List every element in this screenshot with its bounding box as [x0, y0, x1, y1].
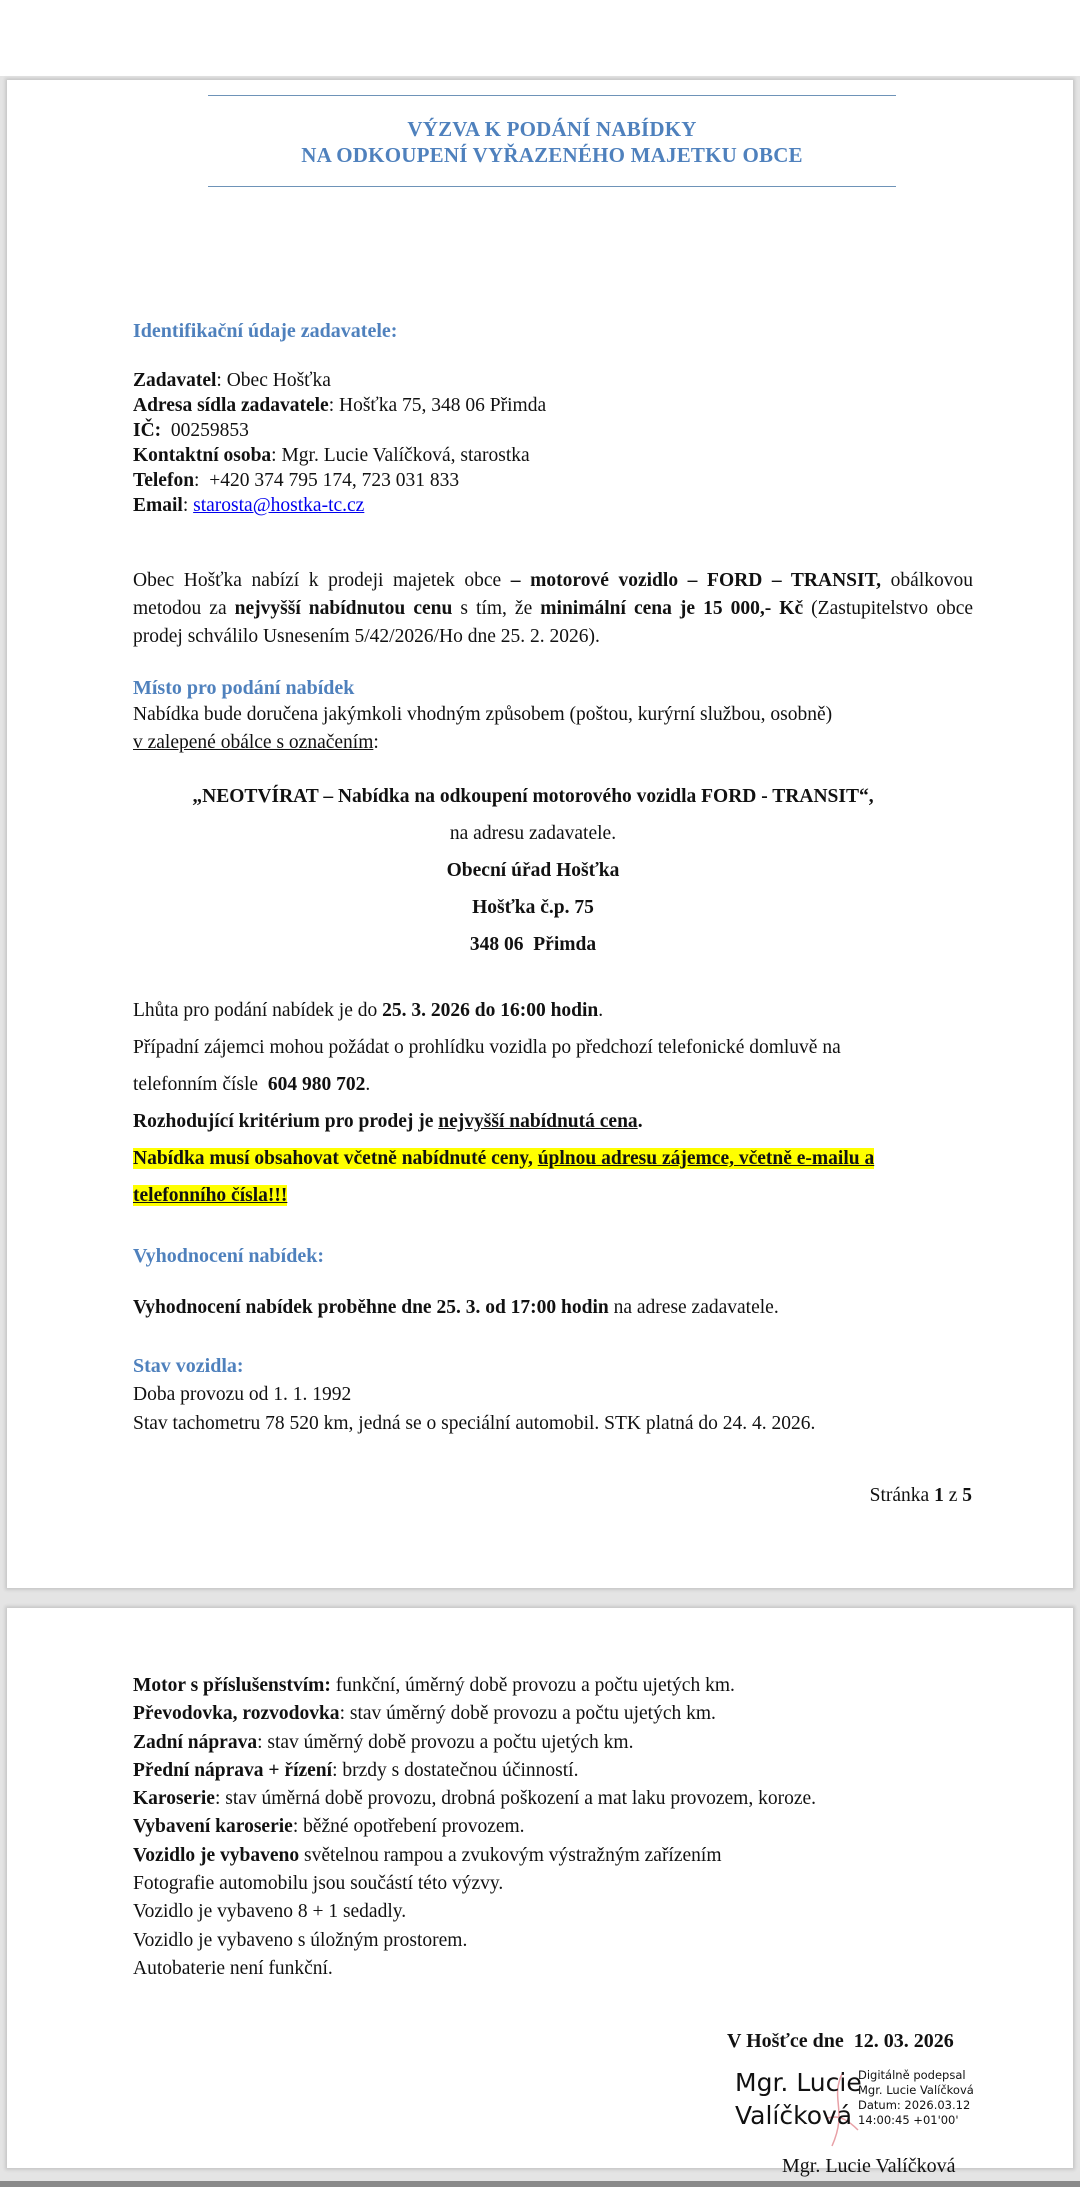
- address-line-1: Obecní úřad Hošťka: [0, 858, 1066, 883]
- field-adresa: Adresa sídla zadavatele: Hošťka 75, 348 …: [133, 393, 546, 418]
- field-email: Email: starosta@hostka-tc.cz: [133, 493, 546, 518]
- inspection-phone: 604 980 702: [268, 1074, 366, 1095]
- signature-details: Digitálně podepsal Mgr. Lucie Valíčková …: [858, 2068, 974, 2128]
- list-item: Přední náprava + řízení: brzdy s dostate…: [133, 1757, 816, 1785]
- criterion-text: Rozhodující kritérium pro prodej je nejv…: [133, 1109, 643, 1134]
- list-item: Vozidlo je vybaveno s úložným prostorem.: [133, 1927, 816, 1955]
- viewer-bottom-bar: [0, 2181, 1080, 2187]
- list-item: Vybavení karoserie: běžné opotřebení pro…: [133, 1813, 816, 1841]
- list-item: Autobaterie není funkční.: [133, 1955, 816, 1983]
- inspection-line-2: telefonním čísle 604 980 702.: [133, 1072, 370, 1097]
- field-kontaktni-osoba: Kontaktní osoba: Mgr. Lucie Valíčková, s…: [133, 443, 546, 468]
- vehicle-details-list: Motor s příslušenstvím: funkční, úměrný …: [133, 1672, 816, 1983]
- document-title-line-2: NA ODKOUPENÍ VYŘAZENÉHO MAJETKU OBCE: [208, 142, 896, 168]
- inspection-line-1: Případní zájemci mohou požádat o prohlíd…: [133, 1035, 841, 1060]
- identification-fields: Zadavatel: Obec Hošťka Adresa sídla zada…: [133, 368, 546, 518]
- address-line-2: Hošťka č.p. 75: [0, 895, 1066, 920]
- signature-name: Mgr. Lucie Valíčková: [735, 2066, 862, 2132]
- title-rule-top: [208, 95, 896, 96]
- vehicle-state-line-1: Doba provozu od 1. 1. 1992: [133, 1382, 351, 1407]
- list-item: Vozidlo je vybaveno 8 + 1 sedadly.: [133, 1898, 816, 1926]
- evaluation-heading: Vyhodnocení nabídek:: [133, 1245, 324, 1268]
- requirement-line-2: telefonního čísla!!!: [133, 1183, 287, 1208]
- document-title-block: VÝZVA K PODÁNÍ NABÍDKY NA ODKOUPENÍ VYŘA…: [208, 95, 896, 187]
- intro-paragraph: Obec Hošťka nabízí k prodeji majetek obc…: [133, 567, 973, 651]
- place-line-1: Nabídka bude doručena jakýmkoli vhodným …: [133, 702, 832, 727]
- evaluation-text: Vyhodnocení nabídek proběhne dne 25. 3. …: [133, 1295, 779, 1320]
- list-item: Karoserie: stav úměrná době provozu, dro…: [133, 1785, 816, 1813]
- field-telefon: Telefon: +420 374 795 174, 723 031 833: [133, 468, 546, 493]
- list-item: Vozidlo je vybaveno světelnou rampou a z…: [133, 1842, 816, 1870]
- place-line-2: v zalepené obálce s označením:: [133, 730, 379, 755]
- place-heading: Místo pro podání nabídek: [133, 677, 354, 700]
- page-number: Stránka 1 z 5: [870, 1483, 972, 1508]
- field-ic: IČ: 00259853: [133, 418, 546, 443]
- list-item: Zadní náprava: stav úměrný době provozu …: [133, 1729, 816, 1757]
- identification-heading: Identifikační údaje zadavatele:: [133, 320, 397, 343]
- envelope-marking: „NEOTVÍRAT – Nabídka na odkoupení motoro…: [0, 784, 1066, 809]
- vehicle-state-heading: Stav vozidla:: [133, 1355, 244, 1378]
- place-and-date: V Hošťce dne 12. 03. 2026: [727, 2030, 954, 2053]
- address-line-3: 348 06 Přimda: [0, 932, 1066, 957]
- title-rule-bottom: [208, 186, 896, 187]
- field-zadavatel: Zadavatel: Obec Hošťka: [133, 368, 546, 393]
- list-item: Motor s příslušenstvím: funkční, úměrný …: [133, 1672, 816, 1700]
- list-item: Převodovka, rozvodovka: stav úměrný době…: [133, 1700, 816, 1728]
- deadline-text: Lhůta pro podání nabídek je do 25. 3. 20…: [133, 998, 603, 1023]
- email-link[interactable]: starosta@hostka-tc.cz: [193, 495, 364, 516]
- requirement-line-1: Nabídka musí obsahovat včetně nabídnuté …: [133, 1146, 874, 1171]
- to-address-text: na adresu zadavatele.: [0, 821, 1066, 846]
- printed-name: Mgr. Lucie Valíčková: [782, 2155, 955, 2178]
- vehicle-state-line-2: Stav tachometru 78 520 km, jedná se o sp…: [133, 1411, 815, 1436]
- list-item: Fotografie automobilu jsou součástí této…: [133, 1870, 816, 1898]
- document-title-line-1: VÝZVA K PODÁNÍ NABÍDKY: [208, 116, 896, 142]
